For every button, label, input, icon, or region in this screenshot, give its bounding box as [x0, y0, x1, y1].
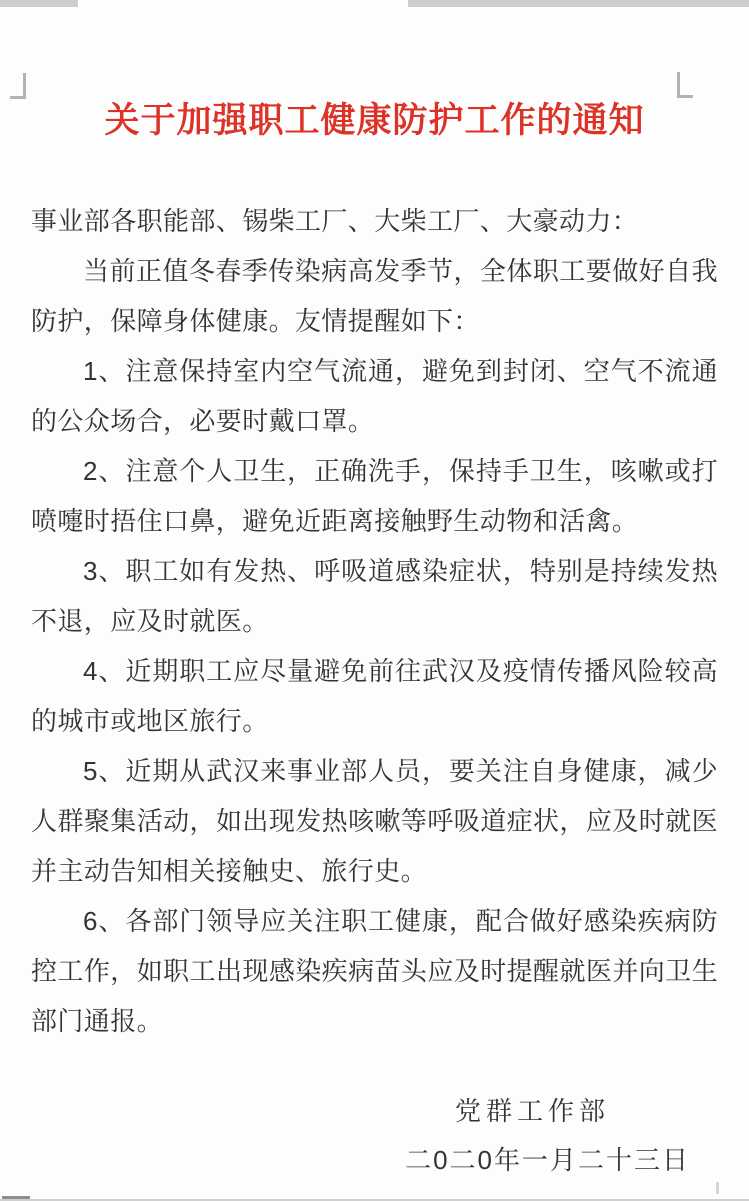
notice-paragraph-item-6: 6、各部门领导应关注职工健康，配合做好感染疾病防控工作，如职工出现感染疾病苗头应… — [31, 896, 718, 1046]
margin-mark-top-left-icon — [10, 73, 26, 99]
signature-department: 党群工作部 — [455, 1098, 610, 1124]
notice-paragraph-item-5: 5、近期从武汉来事业部人员，要关注自身健康，减少人群聚集活动，如出现发热咳嗽等呼… — [31, 746, 718, 896]
photo-edge-artifact-top-left — [0, 0, 78, 7]
notice-paragraph-item-3: 3、职工如有发热、呼吸道感染症状，特别是持续发热不退，应及时就医。 — [31, 546, 718, 646]
notice-body: 事业部各职能部、锡柴工厂、大柴工厂、大豪动力： 当前正值冬春季传染病高发季节，全… — [31, 196, 718, 1046]
signature-date: 二0二0年一月二十三日 — [405, 1147, 690, 1173]
notice-title: 关于加强职工健康防护工作的通知 — [0, 98, 749, 144]
photo-edge-artifact-top-right — [408, 0, 749, 7]
notice-paragraph-item-1: 1、注意保持室内空气流通，避免到封闭、空气不流通的公众场合，必要时戴口罩。 — [31, 346, 718, 446]
document-page: 关于加强职工健康防护工作的通知 事业部各职能部、锡柴工厂、大柴工厂、大豪动力： … — [0, 0, 749, 1201]
notice-salutation: 事业部各职能部、锡柴工厂、大柴工厂、大豪动力： — [31, 196, 718, 246]
notice-paragraph-item-4: 4、近期职工应尽量避免前往武汉及疫情传播风险较高的城市或地区旅行。 — [31, 646, 718, 746]
notice-paragraph-item-2: 2、注意个人卫生，正确洗手，保持手卫生，咳嗽或打喷嚏时捂住口鼻，避免近距离接触野… — [31, 446, 718, 546]
photo-edge-artifact-bottom-right — [716, 1182, 719, 1194]
notice-paragraph-intro: 当前正值冬春季传染病高发季节，全体职工要做好自我防护，保障身体健康。友情提醒如下… — [31, 246, 718, 346]
margin-mark-top-right-icon — [677, 72, 693, 98]
photo-edge-artifact-bottom-left — [2, 1196, 30, 1199]
